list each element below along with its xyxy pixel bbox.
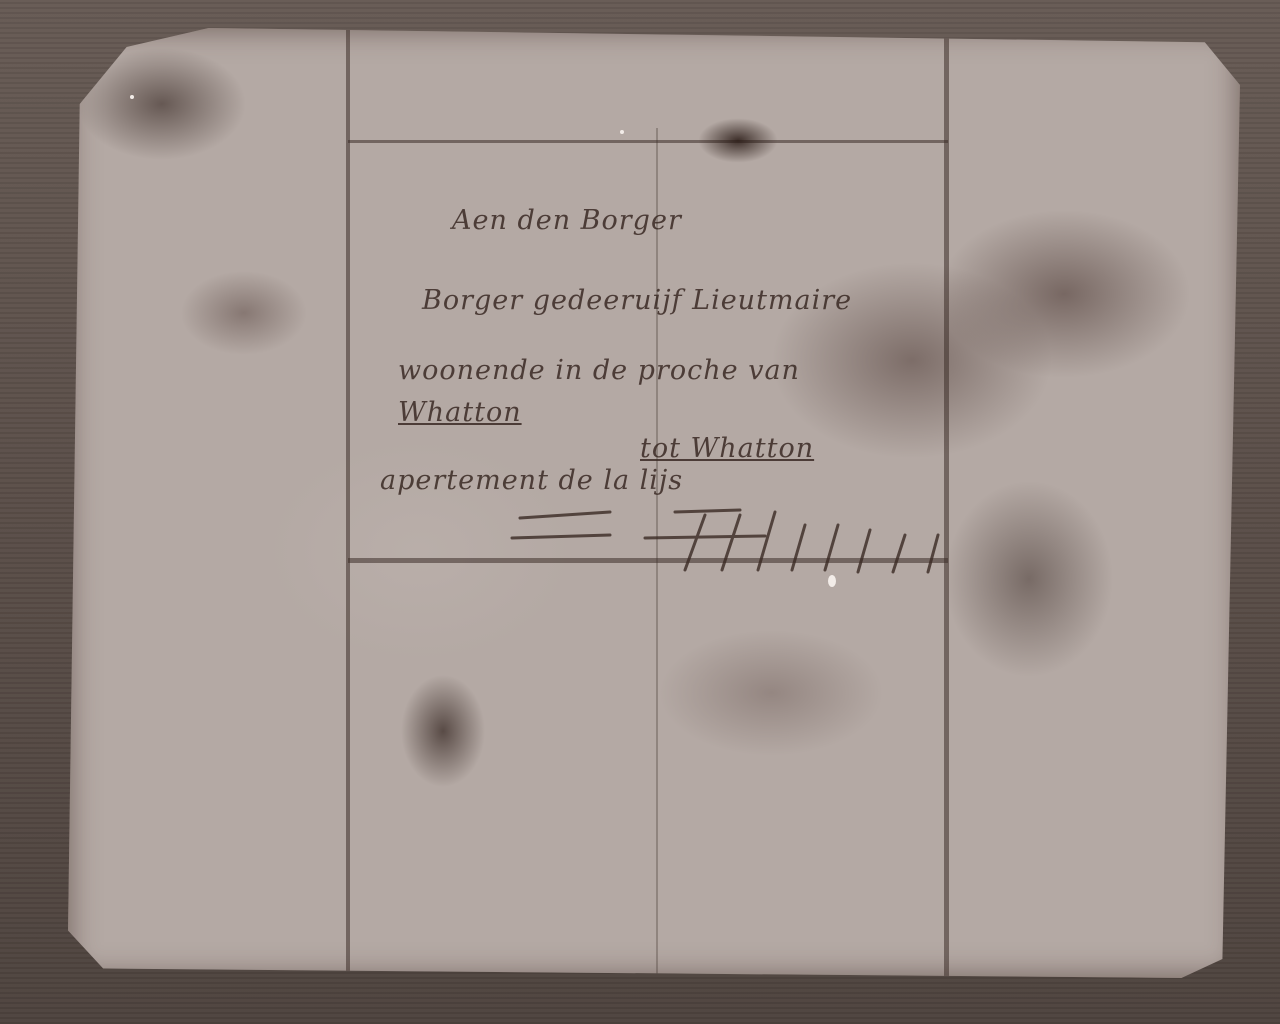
wax-seal-remnant — [698, 118, 778, 163]
postal-marks — [500, 500, 960, 580]
dust-speck — [620, 130, 624, 134]
fold-line-left — [346, 28, 350, 978]
dust-speck — [828, 575, 836, 587]
address-line-6: apertement de la lijs — [380, 465, 683, 496]
dust-speck — [130, 95, 134, 99]
fold-line-top — [348, 140, 948, 143]
address-line-1: Aen den Borger — [452, 205, 682, 236]
address-line-5: tot Whatton — [640, 433, 814, 464]
address-line-2: Borger gedeeruijf Lieutmaire — [422, 285, 852, 316]
address-line-4: Whatton — [398, 397, 522, 428]
address-line-3: woonende in de proche van — [398, 355, 800, 386]
